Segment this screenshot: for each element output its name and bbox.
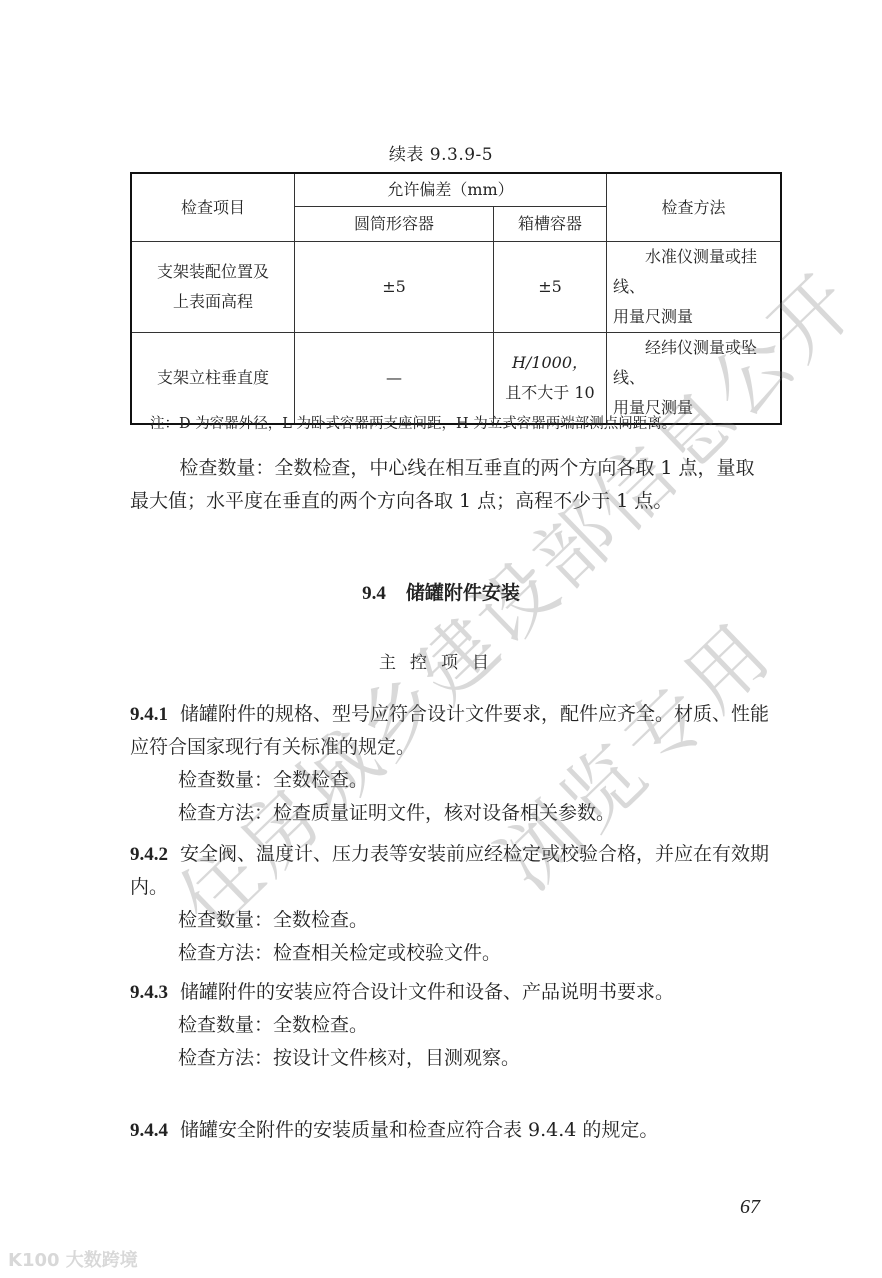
quantity-paragraph: 检查数量：全数检查，中心线在相互垂直的两个方向各取 1 点，量取最大值；水平度在…: [130, 452, 770, 518]
table-caption: 续表 9.3.9-5: [0, 140, 882, 165]
table-note: 注：D 为容器外径，L 为卧式容器两支座间距，H 为立式容器两端部测点间距离。: [150, 412, 676, 433]
clause-number: 9.4.4: [130, 1120, 168, 1141]
header-method: 检查方法: [607, 173, 782, 242]
cell-cylinder: ±5: [295, 242, 494, 333]
header-cylinder: 圆筒形容器: [295, 207, 494, 242]
cell-cylinder: —: [295, 333, 494, 425]
document-page: 续表 9.3.9-5 检查项目 允许偏差（mm） 检查方法 圆筒形容器 箱槽容器…: [0, 0, 882, 1278]
cell-tank: ±5: [494, 242, 607, 333]
cell-item: 支架立柱垂直度: [131, 333, 295, 425]
cell-tank: H/1000， 且不大于 10: [494, 333, 607, 425]
header-item: 检查项目: [131, 173, 295, 242]
section-subtitle: 主控项目: [0, 648, 882, 673]
cell-method: 水准仪测量或挂线、 用量尺测量: [607, 242, 782, 333]
cell-item: 支架装配位置及 上表面高程: [131, 242, 295, 333]
table-row: 支架立柱垂直度 — H/1000， 且不大于 10 经纬仪测量或坠线、 用量尺测…: [131, 333, 781, 425]
clause-number: 9.4.2: [130, 844, 168, 865]
brand-logo: K100 大数跨境: [8, 1246, 138, 1272]
clause-number: 9.4.3: [130, 982, 168, 1003]
header-tank: 箱槽容器: [494, 207, 607, 242]
clause-9-4-4: 9.4.4储罐安全附件的安装质量和检查应符合表 9.4.4 的规定。: [130, 1114, 770, 1147]
clause-number: 9.4.1: [130, 704, 168, 725]
table-row: 支架装配位置及 上表面高程 ±5 ±5 水准仪测量或挂线、 用量尺测量: [131, 242, 781, 333]
clause-9-4-1: 9.4.1储罐附件的规格、型号应符合设计文件要求，配件应齐全。材质、性能应符合国…: [130, 698, 770, 830]
tolerance-table: 检查项目 允许偏差（mm） 检查方法 圆筒形容器 箱槽容器 支架装配位置及 上表…: [130, 172, 782, 425]
clause-9-4-2: 9.4.2安全阀、温度计、压力表等安装前应经检定或校验合格，并应在有效期内。 检…: [130, 838, 770, 970]
clause-9-4-3: 9.4.3储罐附件的安装应符合设计文件和设备、产品说明书要求。 检查数量：全数检…: [130, 976, 770, 1075]
cell-method: 经纬仪测量或坠线、 用量尺测量: [607, 333, 782, 425]
section-heading: 9.4储罐附件安装: [0, 578, 882, 605]
page-number: 67: [740, 1196, 760, 1219]
header-tolerance: 允许偏差（mm）: [295, 173, 607, 207]
